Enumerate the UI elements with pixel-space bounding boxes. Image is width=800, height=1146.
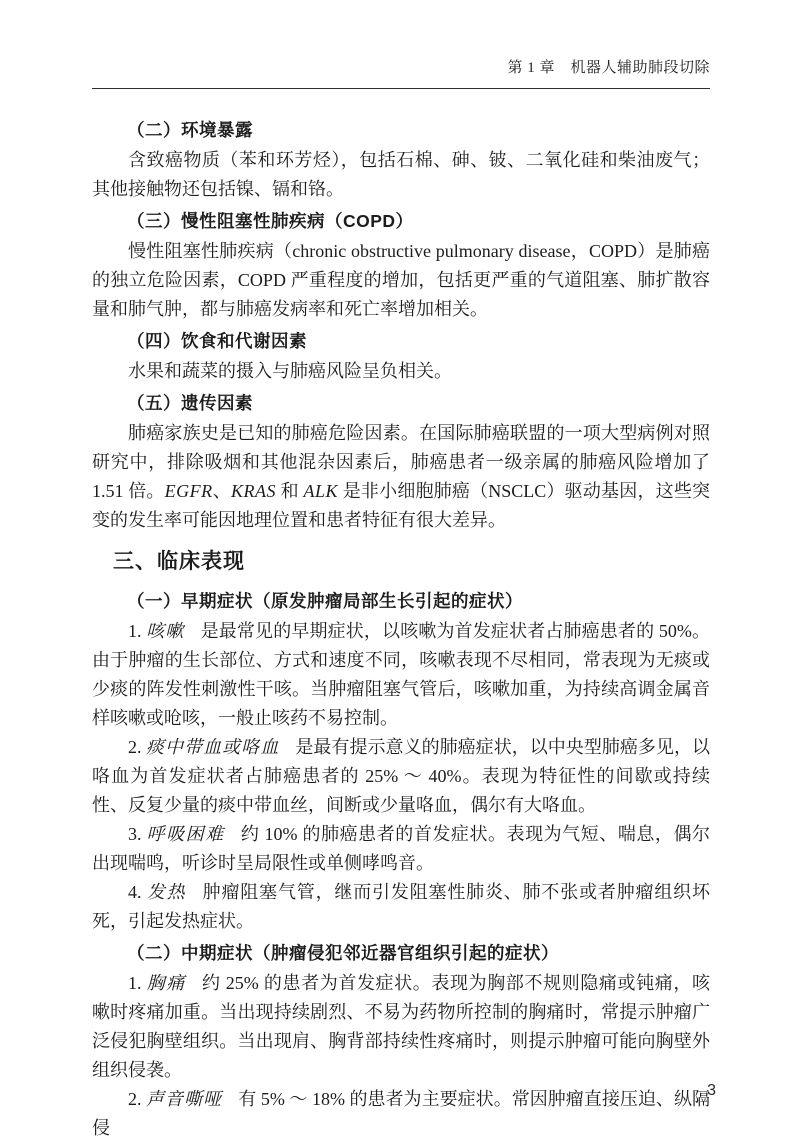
text-run: 、 xyxy=(213,481,231,501)
text-run: 水果和蔬菜的摄入与肺癌风险呈负相关。 xyxy=(128,361,452,381)
term-label: 咳嗽 xyxy=(146,621,184,641)
term-label: 呼吸困难 xyxy=(146,824,225,844)
term-label: 声音嘶哑 xyxy=(146,1089,222,1109)
sub-heading: （三）慢性阻塞性肺疾病（COPD） xyxy=(92,206,710,236)
paragraph: 1.咳嗽是最常见的早期症状，以咳嗽为首发症状者占肺癌患者的 50%。由于肿瘤的生… xyxy=(92,617,710,733)
text-run: （一）早期症状（原发肿瘤局部生长引起的症状） xyxy=(127,591,523,611)
text-run: （五）遗传因素 xyxy=(127,393,253,413)
term-number: 1. xyxy=(128,973,142,993)
term-number: 3. xyxy=(128,824,142,844)
paragraph: 水果和蔬菜的摄入与肺癌风险呈负相关。 xyxy=(92,357,710,386)
term-label: 痰中带血或咯血 xyxy=(146,737,279,757)
term-number: 1. xyxy=(128,621,142,641)
gene-name: EGFR xyxy=(165,481,213,501)
sub-heading: （四）饮食和代谢因素 xyxy=(92,326,710,356)
text-run: （三）慢性阻塞性肺疾病（COPD） xyxy=(127,211,414,231)
text-run: 是最常见的早期症状，以咳嗽为首发症状者占肺癌患者的 50%。由于肿瘤的生长部位、… xyxy=(92,621,710,728)
text-run: （二）中期症状（肿瘤侵犯邻近器官组织引起的症状） xyxy=(127,943,559,963)
sub-heading: （二）环境暴露 xyxy=(92,115,710,145)
term-label: 发热 xyxy=(146,882,186,902)
paragraph: 含致癌物质（苯和环芳烃），包括石棉、砷、铍、二氧化硅和柴油废气；其他接触物还包括… xyxy=(92,146,710,204)
paragraph: 1.胸痛约 25% 的患者为首发症状。表现为胸部不规则隐痛或钝痛，咳嗽时疼痛加重… xyxy=(92,969,710,1085)
book-page: 第 1 章 机器人辅助肺段切除 （二）环境暴露含致癌物质（苯和环芳烃），包括石棉… xyxy=(0,0,800,1146)
paragraph: 肺癌家族史是已知的肺癌危险因素。在国际肺癌联盟的一项大型病例对照研究中，排除吸烟… xyxy=(92,419,710,535)
text-run: 三、临床表现 xyxy=(113,549,245,573)
running-header: 第 1 章 机器人辅助肺段切除 xyxy=(92,56,710,89)
term-number: 2. xyxy=(128,1089,142,1109)
gene-name: ALK xyxy=(304,481,339,501)
page-number: 3 xyxy=(707,1082,716,1100)
content-area: （二）环境暴露含致癌物质（苯和环芳烃），包括石棉、砷、铍、二氧化硅和柴油废气；其… xyxy=(92,115,710,1143)
text-run: 含致癌物质（苯和环芳烃），包括石棉、砷、铍、二氧化硅和柴油废气；其他接触物还包括… xyxy=(92,150,710,199)
paragraph: 慢性阻塞性肺疾病（chronic obstructive pulmonary d… xyxy=(92,237,710,324)
paragraph: 2.痰中带血或咯血是最有提示意义的肺癌症状，以中央型肺癌多见，以咯血为首发症状者… xyxy=(92,733,710,820)
term-label: 胸痛 xyxy=(146,973,186,993)
chapter-title: 第 1 章 机器人辅助肺段切除 xyxy=(507,60,710,76)
text-run: 慢性阻塞性肺疾病（chronic obstructive pulmonary d… xyxy=(92,241,710,319)
paragraph: 2.声音嘶哑有 5% ～ 18% 的患者为主要症状。常因肿瘤直接压迫、纵隔侵 xyxy=(92,1085,710,1143)
sub-heading: （一）早期症状（原发肿瘤局部生长引起的症状） xyxy=(92,586,710,616)
term-number: 4. xyxy=(128,882,142,902)
section-heading: 三、临床表现 xyxy=(92,545,710,577)
gene-name: KRAS xyxy=(231,481,276,501)
term-number: 2. xyxy=(128,737,142,757)
text-run: （四）饮食和代谢因素 xyxy=(127,331,307,351)
text-run: （二）环境暴露 xyxy=(127,120,253,140)
text-run: 和 xyxy=(276,481,304,501)
paragraph: 4.发热肿瘤阻塞气管，继而引发阻塞性肺炎、肺不张或者肿瘤组织坏死，引起发热症状。 xyxy=(92,878,710,936)
paragraph: 3.呼吸困难约 10% 的肺癌患者的首发症状。表现为气短、喘息，偶尔出现喘鸣，听… xyxy=(92,820,710,878)
sub-heading: （二）中期症状（肿瘤侵犯邻近器官组织引起的症状） xyxy=(92,938,710,968)
sub-heading: （五）遗传因素 xyxy=(92,388,710,418)
